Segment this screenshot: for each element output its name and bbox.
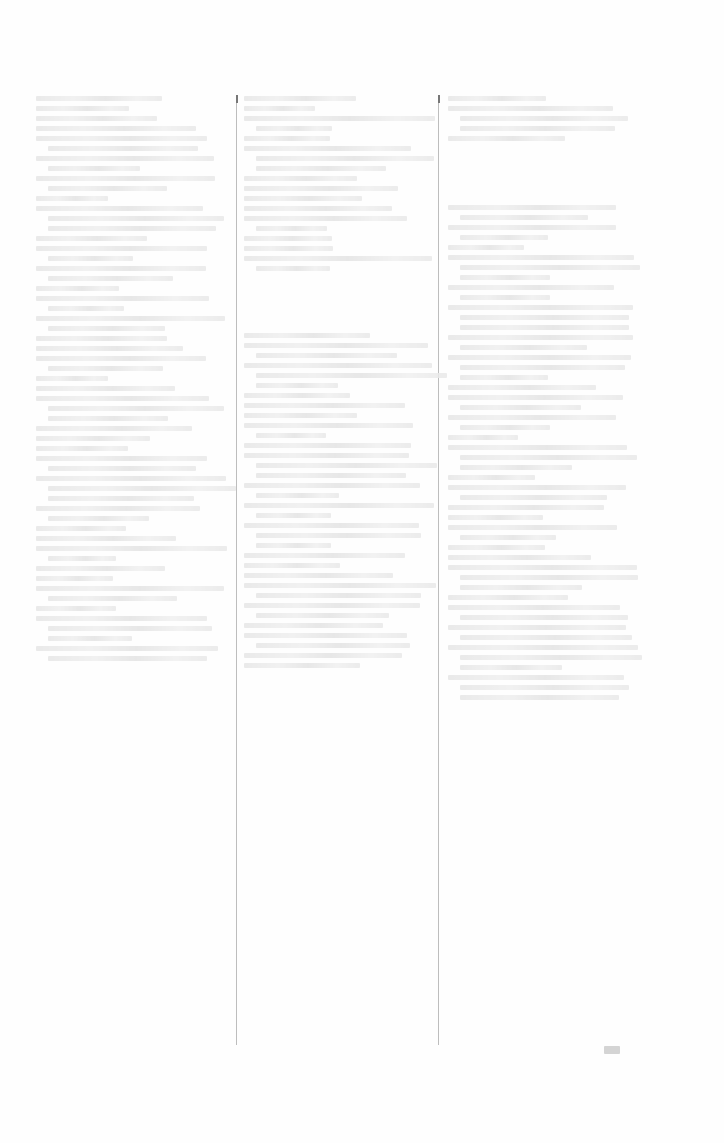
column-divider (236, 95, 237, 1045)
text-line (48, 556, 116, 561)
text-line (460, 615, 628, 620)
index-entry (36, 616, 228, 641)
index-entry (244, 503, 436, 518)
text-line (244, 503, 434, 508)
index-entry (448, 395, 640, 410)
index-entry (244, 553, 436, 558)
text-line (448, 445, 627, 450)
text-line (36, 436, 150, 441)
index-entry (448, 225, 640, 240)
index-entry (448, 445, 640, 470)
text-line (36, 296, 209, 301)
text-line (448, 485, 626, 490)
text-line (36, 126, 196, 131)
text-line (36, 136, 207, 141)
text-line (244, 196, 362, 201)
text-line (460, 215, 588, 220)
text-line (48, 496, 194, 501)
index-entry (244, 603, 436, 618)
text-line (448, 645, 638, 650)
text-line (448, 395, 623, 400)
text-line (448, 515, 543, 520)
index-entry (244, 423, 436, 438)
index-entry (36, 606, 228, 611)
index-entry (244, 563, 436, 568)
text-line (244, 603, 420, 608)
text-line (244, 403, 405, 408)
index-entry (244, 453, 436, 478)
text-line (460, 665, 562, 670)
text-line (48, 166, 140, 171)
index-entry (448, 475, 640, 480)
text-line (48, 486, 236, 491)
index-entry (244, 523, 436, 548)
index-entry (448, 485, 640, 500)
index-entry (36, 586, 228, 601)
text-line (460, 405, 581, 410)
text-line (36, 576, 113, 581)
text-line (48, 656, 207, 661)
text-line (36, 106, 129, 111)
page-number-mark: [illegible] (604, 1046, 620, 1054)
text-line (244, 106, 315, 111)
text-line (244, 523, 419, 528)
text-line (244, 553, 405, 558)
index-entry (244, 96, 436, 101)
text-line (256, 593, 421, 598)
divider-cap (438, 95, 440, 103)
text-line (244, 236, 332, 241)
text-line (256, 383, 338, 388)
text-line (48, 146, 198, 151)
text-line (256, 543, 331, 548)
text-line (36, 646, 218, 651)
index-entry (36, 346, 228, 351)
text-line (244, 483, 420, 488)
text-line (448, 255, 634, 260)
text-line (36, 456, 207, 461)
text-line (36, 356, 206, 361)
text-line (448, 305, 633, 310)
index-entry (36, 96, 228, 101)
text-line (48, 276, 173, 281)
text-line (460, 235, 548, 240)
index-entry (448, 355, 640, 380)
text-line (448, 525, 617, 530)
index-entry (448, 675, 640, 700)
text-line (48, 516, 149, 521)
text-line (256, 166, 386, 171)
index-entry (244, 106, 436, 111)
text-line (244, 333, 370, 338)
index-entry (36, 456, 228, 471)
text-line (448, 595, 568, 600)
text-line (48, 186, 167, 191)
text-line (244, 583, 436, 588)
text-line (448, 675, 624, 680)
text-line (448, 565, 637, 570)
text-line (448, 545, 545, 550)
text-line (36, 96, 162, 101)
index-entry (36, 526, 228, 531)
column-text: [illegible] (36, 92, 37, 93)
text-line (244, 423, 413, 428)
text-line (244, 116, 435, 121)
index-entry (244, 363, 436, 388)
index-entry (244, 116, 436, 131)
text-line (256, 493, 339, 498)
index-entry (448, 525, 640, 540)
index-entry (36, 546, 228, 561)
text-line (36, 606, 116, 611)
index-entry (448, 505, 640, 510)
text-line (48, 366, 163, 371)
text-line (448, 285, 614, 290)
index-entry (244, 393, 436, 398)
text-line (244, 176, 357, 181)
text-line (448, 106, 613, 111)
text-line (460, 535, 556, 540)
index-entry (36, 396, 228, 421)
text-line (36, 236, 147, 241)
text-line (256, 433, 326, 438)
index-entry (244, 623, 436, 628)
text-column-1: [illegible] (36, 92, 228, 666)
text-line (36, 546, 227, 551)
index-entry (36, 196, 228, 201)
text-line (256, 126, 332, 131)
index-entry (36, 376, 228, 381)
text-line (244, 653, 402, 658)
text-line (244, 206, 392, 211)
index-entry (36, 296, 228, 311)
text-line (460, 635, 632, 640)
text-line (244, 246, 333, 251)
blank-space (244, 276, 436, 329)
index-entry (36, 646, 228, 661)
index-entry (448, 415, 640, 430)
text-line (244, 413, 357, 418)
index-entry (36, 266, 228, 281)
text-line (448, 435, 518, 440)
text-line (460, 585, 582, 590)
index-entry (244, 196, 436, 201)
text-line (460, 455, 637, 460)
text-line (460, 325, 629, 330)
text-line (244, 363, 432, 368)
text-column-2: [illegible] (244, 92, 436, 673)
index-entry (448, 285, 640, 300)
index-entry (36, 476, 228, 501)
index-entry (244, 653, 436, 658)
index-entry (448, 205, 640, 220)
text-line (36, 386, 175, 391)
column-divider (438, 95, 439, 1045)
index-entry (36, 386, 228, 391)
index-entry (448, 555, 640, 560)
index-entry (448, 645, 640, 670)
text-line (36, 396, 209, 401)
text-line (460, 685, 629, 690)
text-line (448, 96, 546, 101)
index-entry (244, 246, 436, 251)
index-entry (36, 576, 228, 581)
text-line (36, 286, 119, 291)
text-line (256, 156, 434, 161)
text-line (36, 206, 203, 211)
index-entry (448, 605, 640, 620)
text-line (48, 226, 216, 231)
index-entry (36, 336, 228, 341)
text-line (244, 563, 340, 568)
text-line (448, 475, 535, 480)
index-entry (448, 335, 640, 350)
text-line (256, 373, 447, 378)
text-line (460, 425, 550, 430)
text-line (48, 406, 224, 411)
text-line (244, 663, 360, 668)
text-line (460, 655, 642, 660)
text-line (256, 353, 397, 358)
text-line (244, 136, 330, 141)
index-entry (244, 206, 436, 211)
text-column-3: [illegible] (448, 92, 640, 705)
text-line (448, 605, 620, 610)
index-entry (448, 106, 640, 131)
text-line (36, 116, 157, 121)
text-line (48, 326, 165, 331)
index-entry (448, 245, 640, 250)
index-entry (244, 573, 436, 578)
text-line (48, 256, 133, 261)
text-line (36, 506, 200, 511)
index-entry (36, 116, 228, 121)
index-entry (244, 333, 436, 338)
index-entry (244, 136, 436, 141)
text-line (460, 495, 607, 500)
text-line (460, 116, 628, 121)
text-line (36, 196, 108, 201)
index-entry (36, 436, 228, 441)
text-line (460, 575, 638, 580)
text-line (460, 465, 572, 470)
text-line (48, 636, 132, 641)
text-line (48, 596, 177, 601)
index-entry (448, 136, 640, 141)
index-entry (244, 216, 436, 231)
index-entry (448, 96, 640, 101)
index-entry (36, 126, 228, 131)
text-line (448, 415, 616, 420)
index-entry (36, 566, 228, 571)
text-line (448, 355, 631, 360)
text-line (460, 695, 619, 700)
index-entry (448, 305, 640, 330)
index-entry (244, 583, 436, 598)
text-line (48, 466, 196, 471)
text-line (448, 205, 616, 210)
text-line (460, 295, 550, 300)
text-line (244, 633, 407, 638)
text-line (448, 245, 524, 250)
index-entry (36, 236, 228, 241)
text-line (460, 365, 625, 370)
text-line (256, 473, 406, 478)
text-line (36, 176, 215, 181)
index-entry (36, 246, 228, 261)
index-entry (36, 286, 228, 291)
index-entry (448, 435, 640, 440)
text-line (244, 256, 432, 261)
index-entry (244, 236, 436, 241)
blank-space (448, 146, 640, 201)
index-entry (36, 426, 228, 431)
index-entry (244, 343, 436, 358)
text-line (36, 586, 224, 591)
index-entry (244, 633, 436, 648)
text-line (36, 246, 207, 251)
text-line (256, 533, 421, 538)
text-line (36, 446, 128, 451)
text-line (448, 555, 591, 560)
index-entry (244, 443, 436, 448)
text-line (244, 453, 409, 458)
text-line (460, 265, 640, 270)
index-entry (244, 663, 436, 668)
text-line (460, 345, 587, 350)
text-line (448, 625, 626, 630)
text-line (36, 316, 225, 321)
text-line (460, 275, 550, 280)
index-entry (36, 106, 228, 111)
text-line (460, 375, 548, 380)
index-entry (36, 206, 228, 231)
text-line (256, 643, 410, 648)
text-line (48, 216, 224, 221)
text-line (36, 336, 167, 341)
text-line (244, 573, 393, 578)
index-entry (36, 356, 228, 371)
text-line (36, 566, 165, 571)
text-line (36, 476, 226, 481)
text-line (460, 126, 615, 131)
index-entry (448, 595, 640, 600)
index-entry (244, 413, 436, 418)
text-line (244, 146, 411, 151)
index-entry (36, 536, 228, 541)
column-text: [illegible] (244, 92, 245, 93)
text-line (36, 346, 183, 351)
index-entry (448, 515, 640, 520)
text-line (244, 216, 407, 221)
text-line (36, 156, 214, 161)
index-entry (36, 446, 228, 451)
text-line (256, 513, 331, 518)
index-entry (448, 385, 640, 390)
text-line (48, 416, 168, 421)
index-entry (244, 256, 436, 271)
text-line (244, 393, 350, 398)
index-entry (244, 176, 436, 181)
text-line (36, 616, 207, 621)
text-line (256, 266, 330, 271)
text-line (256, 613, 389, 618)
text-line (36, 266, 206, 271)
document-page: [illegible] [illegible] [illegible] [ill… (0, 0, 724, 1143)
text-line (256, 463, 437, 468)
text-line (244, 343, 428, 348)
text-line (460, 315, 629, 320)
text-line (36, 426, 192, 431)
text-line (36, 526, 126, 531)
text-line (244, 623, 383, 628)
text-line (448, 225, 616, 230)
index-entry (448, 625, 640, 640)
text-line (36, 536, 176, 541)
text-line (36, 376, 108, 381)
column-text: [illegible] (448, 92, 449, 93)
divider-cap (236, 95, 238, 103)
index-entry (244, 483, 436, 498)
text-line (448, 136, 565, 141)
text-line (48, 626, 212, 631)
index-entry (36, 156, 228, 171)
index-entry (36, 176, 228, 191)
text-line (448, 335, 633, 340)
text-line (448, 505, 604, 510)
index-entry (36, 136, 228, 151)
text-line (48, 306, 124, 311)
index-entry (36, 506, 228, 521)
index-entry (448, 545, 640, 550)
index-entry (448, 565, 640, 590)
text-line (448, 385, 596, 390)
text-line (244, 186, 398, 191)
index-entry (448, 255, 640, 280)
text-line (244, 96, 356, 101)
index-entry (244, 186, 436, 191)
text-line (256, 226, 327, 231)
text-line (244, 443, 411, 448)
index-entry (244, 403, 436, 408)
index-entry (244, 146, 436, 171)
index-entry (36, 316, 228, 331)
